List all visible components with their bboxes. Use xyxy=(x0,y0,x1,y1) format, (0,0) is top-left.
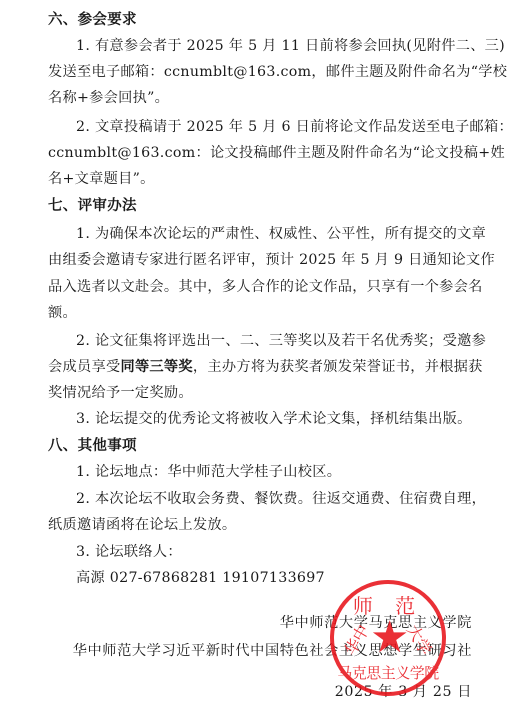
paragraph-line: 会成员享受同等三等奖，主办方将为获奖者颁发荣誉证书，并根据获 xyxy=(48,357,474,377)
text-segment: 会成员享受 xyxy=(48,359,120,375)
paragraph-line: 纸质邀请函将在论坛上发放。 xyxy=(48,515,474,535)
paragraph-line: 2. 文章投稿请于 2025 年 5 月 6 日前将论文作品发送至电子邮箱： xyxy=(76,117,474,137)
document-page: 六、参会要求 1. 有意参会者于 2025 年 5 月 11 日前将参会回执(见… xyxy=(0,0,512,727)
star-icon: ★ xyxy=(370,616,409,660)
section-heading-review-method: 七、评审办法 xyxy=(48,196,474,216)
paragraph-line: 1. 有意参会者于 2025 年 5 月 11 日前将参会回执(见附件二、三) xyxy=(76,36,474,56)
contact-info: 高源 027-67868281 19107133697 xyxy=(76,568,474,588)
paragraph-line: 1. 论坛地点：华中师范大学桂子山校区。 xyxy=(76,462,474,482)
paragraph-line: 名+文章题目”。 xyxy=(48,169,474,189)
paragraph-line: 3. 论坛提交的优秀论文将被收入学术论文集，择机结集出版。 xyxy=(76,409,474,429)
section-heading-participation-requirements: 六、参会要求 xyxy=(48,10,474,30)
paragraph-line: ccnumblt@163.com：论文投稿邮件主题及附件命名为“论文投稿+姓 xyxy=(48,143,474,163)
paragraph-line: 名称+参会回执”。 xyxy=(48,88,474,108)
paragraph-line: 2. 论文征集将评选出一、二、三等奖以及若干名优秀奖；受邀参 xyxy=(76,331,474,351)
paragraph-line: 品入选者以文赴会。其中，多人合作的论文作品，只享有一个参会名 xyxy=(48,277,474,297)
official-seal: 师 范 华中 大学 ★ 马克思主义学院 xyxy=(330,580,446,696)
seal-bottom-text: 马克思主义学院 xyxy=(334,662,442,683)
bold-emphasis: 同等三等奖 xyxy=(120,359,192,375)
paragraph-line: 2. 本次论坛不收取会务费、餐饮费。往返交通费、住宿费自理， xyxy=(76,489,474,509)
paragraph-line: 由组委会邀请专家进行匿名评审，预计 2025 年 5 月 9 日通知论文作 xyxy=(48,250,474,270)
seal-left-text: 华中 xyxy=(338,620,374,659)
paragraph-line: 发送至电子邮箱：ccnumblt@163.com，邮件主题及附件命名为“学校 xyxy=(48,62,474,82)
paragraph-line: 1. 为确保本次论坛的严肃性、权威性、公平性，所有提交的文章 xyxy=(76,224,474,244)
paragraph-line: 3. 论坛联络人： xyxy=(76,542,474,562)
paragraph-line: 奖情况给予一定奖励。 xyxy=(48,383,474,403)
section-heading-other-matters: 八、其他事项 xyxy=(48,436,474,456)
paragraph-line: 额。 xyxy=(48,303,474,323)
text-segment: ，主办方将为获奖者颁发荣誉证书，并根据获 xyxy=(193,359,483,375)
